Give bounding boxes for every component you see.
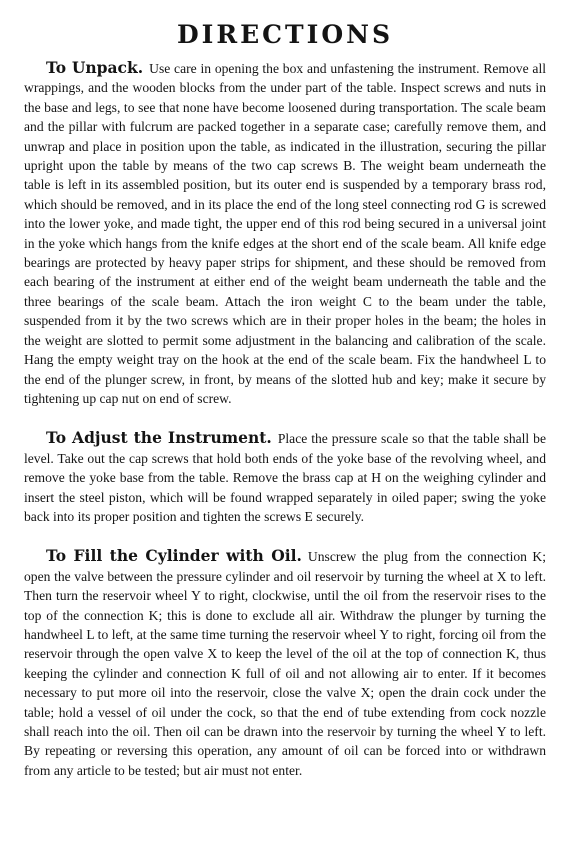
section-unpack: To Unpack.Use care in opening the box an… xyxy=(24,58,546,408)
section-adjust: To Adjust the Instrument.Place the press… xyxy=(24,428,546,526)
section-heading: To Fill the Cylinder with Oil. xyxy=(46,546,302,565)
section-paragraph: To Fill the Cylinder with Oil.Unscrew th… xyxy=(24,546,546,780)
section-body: Use care in opening the box and unfasten… xyxy=(24,61,546,406)
document-page: DIRECTIONS To Unpack.Use care in opening… xyxy=(24,0,546,780)
section-paragraph: To Unpack.Use care in opening the box an… xyxy=(24,58,546,408)
section-body: Unscrew the plug from the connection K; … xyxy=(24,549,546,777)
page-title: DIRECTIONS xyxy=(24,20,546,50)
section-heading: To Adjust the Instrument. xyxy=(46,428,272,447)
section-heading: To Unpack. xyxy=(46,58,143,77)
section-paragraph: To Adjust the Instrument.Place the press… xyxy=(24,428,546,526)
section-fill-cylinder: To Fill the Cylinder with Oil.Unscrew th… xyxy=(24,546,546,780)
